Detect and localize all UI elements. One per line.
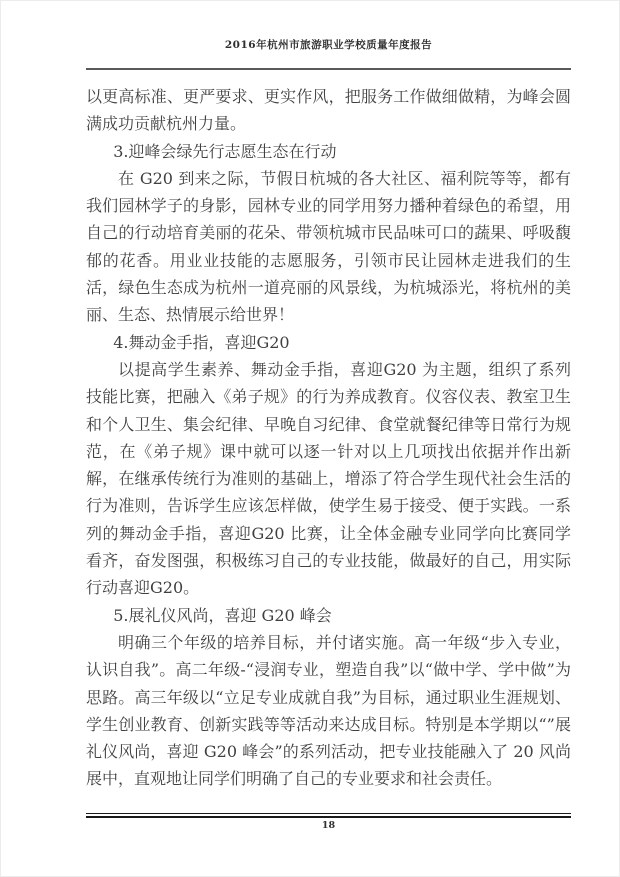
page-header-title: 2016年杭州市旅游职业学校质量年度报告 [86, 37, 571, 52]
paragraph: 在 G20 到来之际，节假日杭城的各大社区、福利院等等，都有我们园林学子的身影，… [86, 165, 571, 329]
document-page: 2016年杭州市旅游职业学校质量年度报告 以更高标准、更严要求、更实作风，把服务… [0, 0, 620, 877]
paragraph: 明确三个年级的培养目标，并付诸实施。高一年级“步入专业，认识自我”。高二年级-“… [86, 629, 571, 793]
paragraph: 以更高标准、更严要求、更实作风，把服务工作做细做精，为峰会圆满成功贡献杭州力量。 [86, 83, 571, 138]
section-heading-4: 4.舞动金手指，喜迎G20 [86, 329, 571, 356]
header-divider [86, 68, 571, 70]
document-body: 以更高标准、更严要求、更实作风，把服务工作做细做精，为峰会圆满成功贡献杭州力量。… [86, 83, 571, 793]
section-heading-5: 5.展礼仪风尚，喜迎 G20 峰会 [86, 602, 571, 629]
footer-divider [86, 813, 571, 818]
section-heading-3: 3.迎峰会绿先行志愿生态在行动 [86, 138, 571, 165]
page-number: 18 [86, 820, 571, 831]
paragraph: 以提高学生素养、舞动金手指，喜迎G20 为主题，组织了系列技能比赛，把融入《弟子… [86, 356, 571, 602]
